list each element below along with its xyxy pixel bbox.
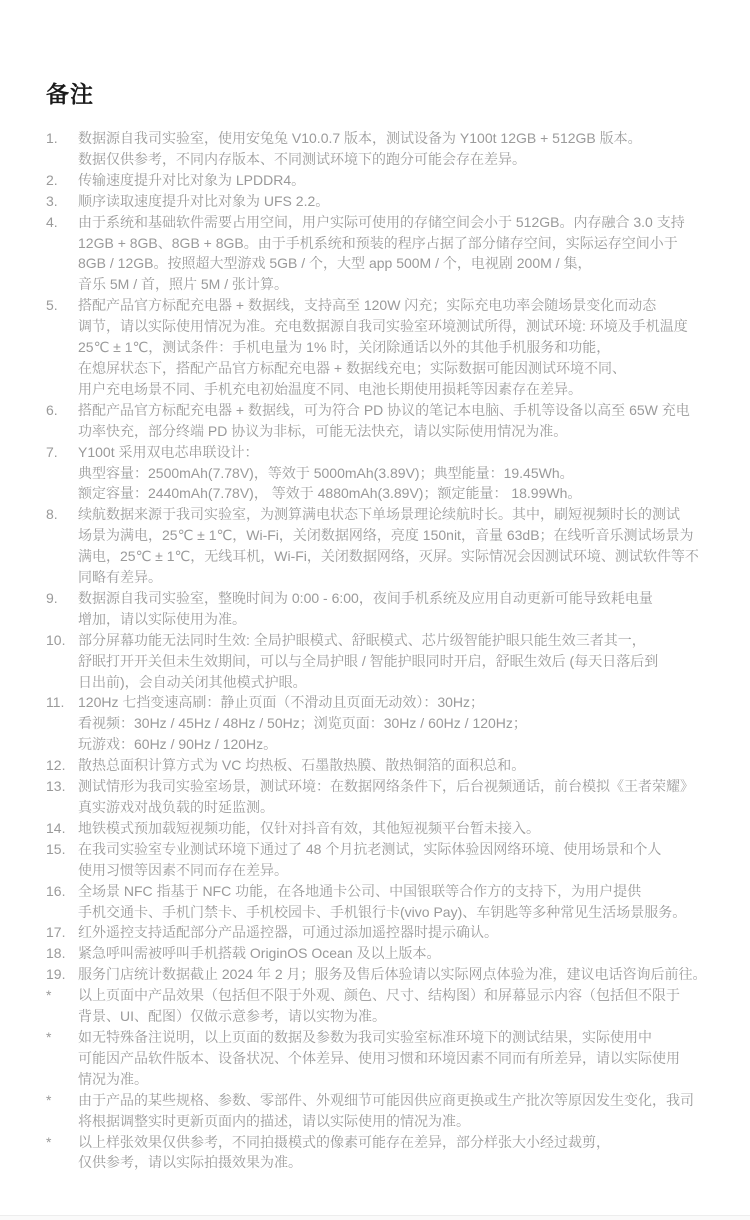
note-item: 17. 红外遥控支持适配部分产品遥控器，可通过添加遥控器时提示确认。 <box>46 922 714 943</box>
note-marker: 3. <box>46 191 78 212</box>
note-marker: 10. <box>46 630 78 651</box>
note-item: 9. 数据源自我司实验室，整晚时间为 0:00 - 6:00，夜间手机系统及应用… <box>46 588 714 630</box>
note-marker: 9. <box>46 588 78 609</box>
note-text: 红外遥控支持适配部分产品遥控器，可通过添加遥控器时提示确认。 <box>78 922 714 943</box>
note-item: 6. 搭配产品官方标配充电器 + 数据线，可为符合 PD 协议的笔记本电脑、手机… <box>46 400 714 442</box>
note-text: 传输速度提升对比对象为 LPDDR4。 <box>78 170 714 191</box>
note-item: 3. 顺序读取速度提升对比对象为 UFS 2.2。 <box>46 191 714 212</box>
note-item: 15. 在我司实验室专业测试环境下通过了 48 个月抗老测试，实际体验因网络环境… <box>46 839 714 881</box>
note-text: 服务门店统计数据截止 2024 年 2 月；服务及售后体验请以实际网点体验为准，… <box>78 964 714 985</box>
notes-section: { "page": { "title": "备注", "colors": { "… <box>0 0 750 1220</box>
note-marker: 18. <box>46 943 78 964</box>
note-text: 地铁模式预加载短视频功能，仅针对抖音有效，其他短视频平台暂未接入。 <box>78 818 714 839</box>
note-text: 如无特殊备注说明，以上页面的数据及参数为我司实验室标准环境下的测试结果，实际使用… <box>78 1027 714 1090</box>
note-marker: 5. <box>46 295 78 316</box>
note-text: Y100t 采用双电芯串联设计： 典型容量：2500mAh(7.78V)，等效于… <box>78 442 714 505</box>
note-item: 1. 数据源自我司实验室，使用安兔兔 V10.0.7 版本，测试设备为 Y100… <box>46 128 714 170</box>
note-text: 搭配产品官方标配充电器 + 数据线，支持高至 120W 闪充；实际充电功率会随场… <box>78 295 714 400</box>
note-item: 2. 传输速度提升对比对象为 LPDDR4。 <box>46 170 714 191</box>
note-text: 搭配产品官方标配充电器 + 数据线，可为符合 PD 协议的笔记本电脑、手机等设备… <box>78 400 714 442</box>
note-item: * 以上样张效果仅供参考，不同拍摄模式的像素可能存在差异，部分样张大小经过裁剪，… <box>46 1132 714 1174</box>
note-marker: 13. <box>46 776 78 797</box>
note-marker: 12. <box>46 755 78 776</box>
note-item: 10. 部分屏幕功能无法同时生效: 全局护眼模式、舒眠模式、芯片级智能护眼只能生… <box>46 630 714 693</box>
note-text: 紧急呼叫需被呼叫手机搭载 OriginOS Ocean 及以上版本。 <box>78 943 714 964</box>
note-marker: 1. <box>46 128 78 149</box>
note-item: 7. Y100t 采用双电芯串联设计： 典型容量：2500mAh(7.78V)，… <box>46 442 714 505</box>
notes-list: 1. 数据源自我司实验室，使用安兔兔 V10.0.7 版本，测试设备为 Y100… <box>46 128 714 1173</box>
note-item: 5. 搭配产品官方标配充电器 + 数据线，支持高至 120W 闪充；实际充电功率… <box>46 295 714 400</box>
note-text: 续航数据来源于我司实验室，为测算满电状态下单场景理论续航时长。其中，刷短视频时长… <box>78 504 714 588</box>
note-item: * 由于产品的某些规格、参数、零部件、外观细节可能因供应商更换或生产批次等原因发… <box>46 1090 714 1132</box>
note-item: * 以上页面中产品效果（包括但不限于外观、颜色、尺寸、结构图）和屏幕显示内容（包… <box>46 985 714 1027</box>
notes-page: 备注 1. 数据源自我司实验室，使用安兔兔 V10.0.7 版本，测试设备为 Y… <box>0 0 750 1173</box>
note-item: 8. 续航数据来源于我司实验室，为测算满电状态下单场景理论续航时长。其中，刷短视… <box>46 504 714 588</box>
note-marker: * <box>46 985 78 1006</box>
note-marker: 16. <box>46 881 78 902</box>
note-marker: 14. <box>46 818 78 839</box>
note-text: 120Hz 七挡变速高刷：静止页面（不滑动且页面无动效）：30Hz； 看视频：3… <box>78 692 714 755</box>
page-title: 备注 <box>46 82 714 106</box>
note-item: 19. 服务门店统计数据截止 2024 年 2 月；服务及售后体验请以实际网点体… <box>46 964 714 985</box>
note-marker: * <box>46 1090 78 1111</box>
note-item: 16. 全场景 NFC 指基于 NFC 功能，在各地通卡公司、中国银联等合作方的… <box>46 881 714 923</box>
note-item: 4. 由于系统和基础软件需要占用空间，用户实际可使用的存储空间会小于 512GB… <box>46 212 714 296</box>
note-marker: * <box>46 1027 78 1048</box>
note-item: 18. 紧急呼叫需被呼叫手机搭载 OriginOS Ocean 及以上版本。 <box>46 943 714 964</box>
note-marker: 8. <box>46 504 78 525</box>
note-text: 全场景 NFC 指基于 NFC 功能，在各地通卡公司、中国银联等合作方的支持下，… <box>78 881 714 923</box>
note-marker: 4. <box>46 212 78 233</box>
note-text: 以上页面中产品效果（包括但不限于外观、颜色、尺寸、结构图）和屏幕显示内容（包括但… <box>78 985 714 1027</box>
note-text: 以上样张效果仅供参考，不同拍摄模式的像素可能存在差异，部分样张大小经过裁剪， 仅… <box>78 1132 714 1174</box>
note-item: 13. 测试情形为我司实验室场景，测试环境：在数据网络条件下，后台视频通话，前台… <box>46 776 714 818</box>
note-text: 数据源自我司实验室，整晚时间为 0:00 - 6:00，夜间手机系统及应用自动更… <box>78 588 714 630</box>
note-item: 14. 地铁模式预加载短视频功能，仅针对抖音有效，其他短视频平台暂未接入。 <box>46 818 714 839</box>
note-item: 11. 120Hz 七挡变速高刷：静止页面（不滑动且页面无动效）：30Hz； 看… <box>46 692 714 755</box>
note-item: * 如无特殊备注说明，以上页面的数据及参数为我司实验室标准环境下的测试结果，实际… <box>46 1027 714 1090</box>
note-marker: 11. <box>46 692 78 713</box>
note-marker: 19. <box>46 964 78 985</box>
note-text: 测试情形为我司实验室场景，测试环境：在数据网络条件下，后台视频通话，前台模拟《王… <box>78 776 714 818</box>
note-marker: 6. <box>46 400 78 421</box>
note-marker: 15. <box>46 839 78 860</box>
note-text: 部分屏幕功能无法同时生效: 全局护眼模式、舒眠模式、芯片级智能护眼只能生效三者其… <box>78 630 714 693</box>
note-text: 由于系统和基础软件需要占用空间，用户实际可使用的存储空间会小于 512GB。内存… <box>78 212 714 296</box>
note-marker: 7. <box>46 442 78 463</box>
note-item: 12. 散热总面积计算方式为 VC 均热板、石墨散热膜、散热铜箔的面积总和。 <box>46 755 714 776</box>
note-text: 由于产品的某些规格、参数、零部件、外观细节可能因供应商更换或生产批次等原因发生变… <box>78 1090 714 1132</box>
note-text: 顺序读取速度提升对比对象为 UFS 2.2。 <box>78 191 714 212</box>
section-divider <box>0 1215 750 1220</box>
note-marker: 17. <box>46 922 78 943</box>
note-text: 散热总面积计算方式为 VC 均热板、石墨散热膜、散热铜箔的面积总和。 <box>78 755 714 776</box>
note-text: 数据源自我司实验室，使用安兔兔 V10.0.7 版本，测试设备为 Y100t 1… <box>78 128 714 170</box>
note-marker: * <box>46 1132 78 1153</box>
note-marker: 2. <box>46 170 78 191</box>
note-text: 在我司实验室专业测试环境下通过了 48 个月抗老测试，实际体验因网络环境、使用场… <box>78 839 714 881</box>
